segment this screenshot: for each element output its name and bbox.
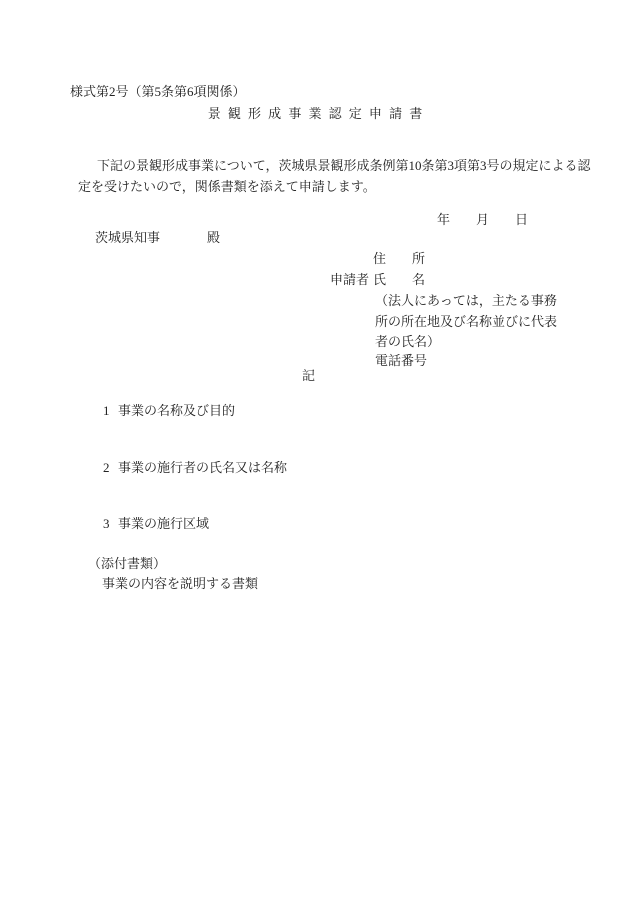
form-number: 様式第2号（第5条第6項関係） [70,84,246,100]
list-item-3-number: 3 [103,516,118,532]
list-item-1: 1事業の名称及び目的 [90,387,235,434]
attachments-heading: （添付書類） [88,556,166,572]
list-item-2: 2事業の施行者の氏名又は名称 [90,444,287,491]
application-form-page: 様式第2号（第5条第6項関係） 景観形成事業認定申請書 下記の景観形成事業につい… [0,0,630,915]
list-item-1-number: 1 [103,403,118,419]
addressee-name: 茨城県知事 [95,230,160,246]
list-item-3-label: 事業の施行区域 [118,516,209,531]
list-item-2-number: 2 [103,460,118,476]
record-marker: 記 [302,368,315,384]
applicant-label: 申請者 [330,272,369,288]
addressee-honorific: 殿 [207,230,220,246]
attachments-item: 事業の内容を説明する書類 [102,576,258,592]
body-paragraph-line-2: 定を受けたいので，関係書類を添えて申請します。 [78,179,376,195]
document-title: 景観形成事業認定申請書 [0,106,630,122]
corporate-note-line-2: 所の所在地及び名称並びに代表 [375,314,557,330]
applicant-name-label: 氏 名 [373,272,425,288]
list-item-1-label: 事業の名称及び目的 [118,403,235,418]
date-line: 年 月 日 [437,212,528,228]
corporate-note-line-3: 者の氏名） [375,334,440,350]
body-paragraph-line-1: 下記の景観形成事業について，茨城県景観形成条例第10条第3項第3号の規定による認 [97,158,590,174]
applicant-address-label: 住 所 [373,251,425,267]
corporate-note-line-1: （法人にあっては，主たる事務 [375,293,557,309]
applicant-phone-label: 電話番号 [375,353,427,369]
list-item-3: 3事業の施行区域 [90,500,209,547]
list-item-2-label: 事業の施行者の氏名又は名称 [118,460,287,475]
